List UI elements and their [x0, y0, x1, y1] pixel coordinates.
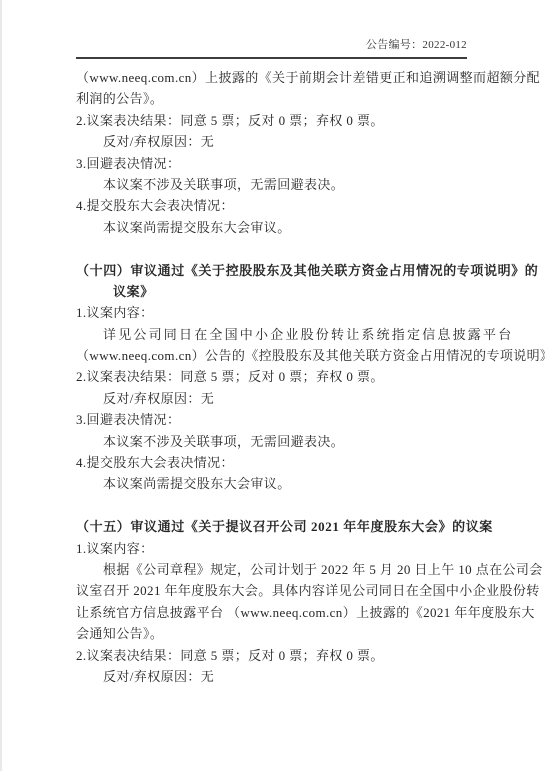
line-disclosure-url-continuation: （www.neeq.com.cn）上披露的《关于前期会计差错更正和追溯调整而超额… [76, 67, 467, 88]
line-opposition-reason: 反对/弃权原因：无 [76, 131, 467, 152]
line-vote-result: 2.议案表决结果：同意 5 票；反对 0 票；弃权 0 票。 [76, 366, 467, 387]
line-announcement-title-end: 利润的公告》。 [76, 88, 467, 109]
line-submit-meeting-detail: 本议案尚需提交股东大会审议。 [76, 217, 467, 238]
line-meeting-plan-detail-3: 让系统官方信息披露平台 （www.neeq.com.cn）上披露的《2021 年… [76, 602, 467, 623]
line-meeting-plan-detail-4: 会通知公告》。 [76, 623, 467, 644]
line-recusal-detail: 本议案不涉及关联事项，无需回避表决。 [76, 174, 467, 195]
line-vote-result: 2.议案表决结果：同意 5 票；反对 0 票；弃权 0 票。 [76, 645, 467, 666]
document-page: 公告编号：2022-012 （www.neeq.com.cn）上披露的《关于前期… [0, 0, 545, 771]
header-divider [76, 57, 467, 59]
line-recusal-heading: 3.回避表决情况： [76, 409, 467, 430]
line-recusal-detail: 本议案不涉及关联事项，无需回避表决。 [76, 431, 467, 452]
line-opposition-reason: 反对/弃权原因：无 [76, 666, 467, 687]
section-14-heading-line1: （十四）审议通过《关于控股股东及其他关联方资金占用情况的专项说明》的 [76, 260, 467, 281]
line-proposal-content-detail-1: 详见公司同日在全国中小企业股份转让系统指定信息披露平台 [76, 324, 467, 345]
line-meeting-plan-detail-1: 根据《公司章程》规定，公司计划于 2022 年 5 月 20 日上午 10 点在… [76, 559, 467, 580]
line-meeting-plan-detail-2: 议室召开 2021 年年度股东大会。具体内容详见公司同日在全国中小企业股份转 [76, 580, 467, 601]
announcement-number: 公告编号：2022-012 [76, 37, 467, 53]
line-submit-meeting-heading: 4.提交股东大会表决情况： [76, 452, 467, 473]
line-submit-meeting-detail: 本议案尚需提交股东大会审议。 [76, 473, 467, 494]
section-14-heading-line2: 议案》 [76, 281, 467, 302]
line-submit-meeting-heading: 4.提交股东大会表决情况： [76, 195, 467, 216]
line-proposal-content-detail-2: （www.neeq.com.cn）公告的《控股股东及其他关联方资金占用情况的专项… [76, 345, 467, 366]
line-opposition-reason: 反对/弃权原因：无 [76, 388, 467, 409]
line-proposal-content-heading: 1.议案内容： [76, 538, 467, 559]
line-vote-result: 2.议案表决结果：同意 5 票；反对 0 票；弃权 0 票。 [76, 110, 467, 131]
document-body: （www.neeq.com.cn）上披露的《关于前期会计差错更正和追溯调整而超额… [76, 67, 467, 687]
line-recusal-heading: 3.回避表决情况： [76, 153, 467, 174]
section-15-heading: （十五）审议通过《关于提议召开公司 2021 年年度股东大会》的议案 [76, 516, 467, 537]
line-proposal-content-heading: 1.议案内容： [76, 302, 467, 323]
